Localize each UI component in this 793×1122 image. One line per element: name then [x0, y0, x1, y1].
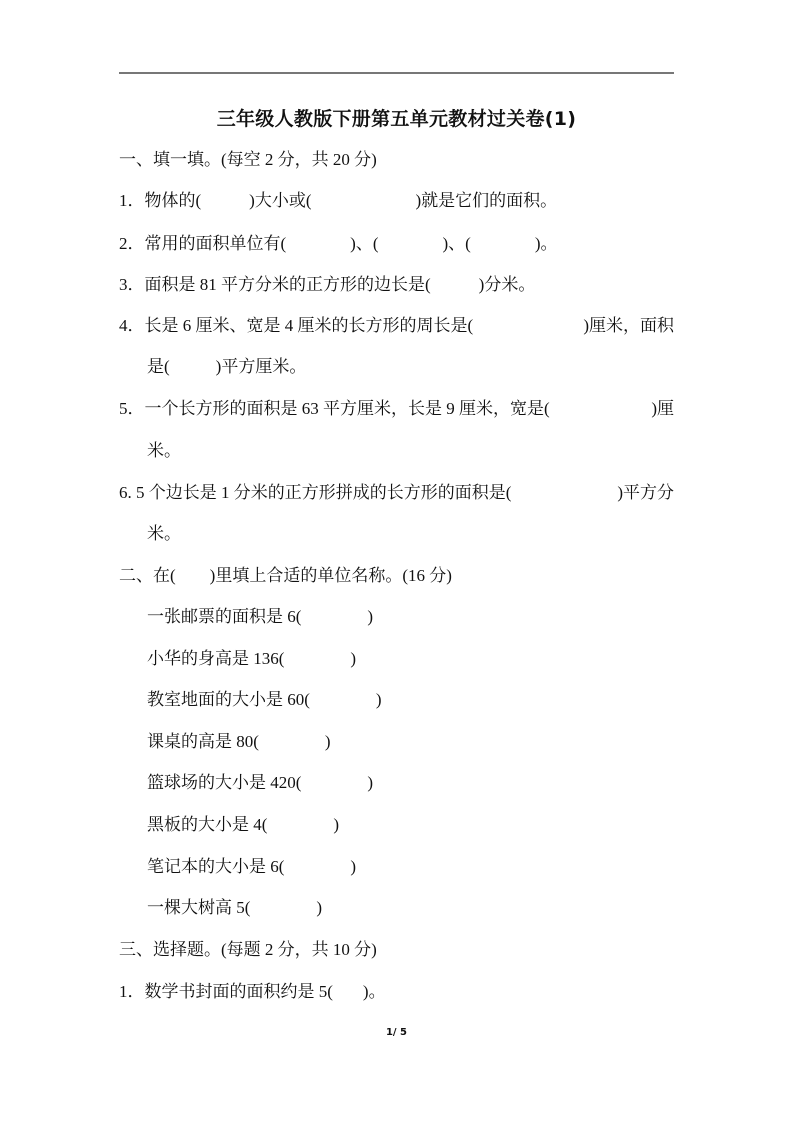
- unit-item: 黑板的大小是 4(): [147, 814, 339, 836]
- question-1-5: 5．一个长方形的面积是 63 平方厘米，长是 9 厘米，宽是()厘: [119, 398, 674, 420]
- unit-item: 一张邮票的面积是 6(): [147, 606, 373, 628]
- question-1-6-cont: 米。: [147, 523, 181, 545]
- answer-blank[interactable]: [511, 482, 617, 504]
- unit-item: 课桌的高是 80(): [147, 731, 331, 753]
- unit-item: 篮球场的大小是 420(): [147, 772, 373, 794]
- header-rule: [119, 72, 674, 74]
- question-1-5-cont: 米。: [147, 440, 181, 462]
- question-1-3: 3．面积是 81 平方分米的正方形的边长是()分米。: [119, 274, 535, 296]
- section-1-heading: 一、填一填。(每空 2 分，共 20 分): [119, 149, 377, 171]
- unit-item: 小华的身高是 136(): [147, 648, 356, 670]
- answer-blank[interactable]: [473, 315, 583, 337]
- unit-item: 一棵大树高 5(): [147, 897, 322, 919]
- question-1-2: 2．常用的面积单位有()、()、()。: [119, 233, 558, 255]
- question-3-1: 1．数学书封面的面积约是 5()。: [119, 981, 386, 1003]
- question-1-1: 1．物体的()大小或()就是它们的面积。: [119, 190, 557, 212]
- answer-blank[interactable]: [550, 398, 652, 420]
- question-1-4-cont: 是()平方厘米。: [147, 356, 306, 378]
- unit-item: 笔记本的大小是 6(): [147, 856, 356, 878]
- question-1-4: 4．长是 6 厘米、宽是 4 厘米的长方形的周长是()厘米，面积: [119, 315, 674, 337]
- question-1-6: 6. 5 个边长是 1 分米的正方形拼成的长方形的面积是()平方分: [119, 482, 674, 504]
- section-3-heading: 三、选择题。(每题 2 分，共 10 分): [119, 939, 377, 961]
- unit-item: 教室地面的大小是 60(): [147, 689, 382, 711]
- section-2-heading: 二、在( )里填上合适的单位名称。(16 分): [119, 565, 452, 587]
- page-title: 三年级人教版下册第五单元教材过关卷(1): [0, 104, 793, 131]
- page-indicator: 1/ 5: [0, 1027, 793, 1038]
